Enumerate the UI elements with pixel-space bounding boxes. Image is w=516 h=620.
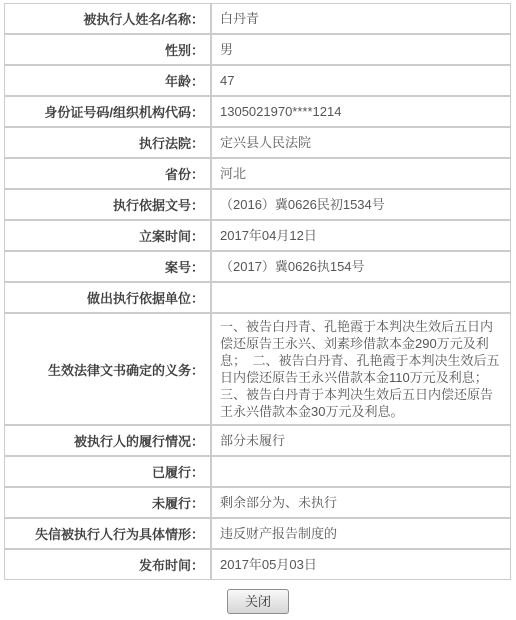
row-performance-status: 被执行人的履行情况： 部分未履行	[4, 425, 511, 456]
row-dishonest-conduct-value: 违反财产报告制度的	[211, 518, 511, 549]
row-court-value: 定兴县人民法院	[211, 127, 511, 158]
row-performed: 已履行：	[4, 456, 511, 487]
row-case-number-label: 案号：	[4, 251, 211, 282]
executee-detail-table: 被执行人姓名/名称： 白丹青 性别： 男 年龄： 47 身份证号码/组织机构代码…	[4, 3, 511, 580]
button-bar: 关闭	[0, 589, 516, 614]
row-id-number-value: 1305021970****1214	[211, 96, 511, 127]
row-performance-status-label: 被执行人的履行情况：	[4, 425, 211, 456]
row-filing-date-value: 2017年04月12日	[211, 220, 511, 251]
row-publish-date: 发布时间： 2017年05月03日	[4, 549, 511, 580]
row-court-label: 执行法院：	[4, 127, 211, 158]
row-unperformed-value: 剩余部分为、未执行	[211, 487, 511, 518]
row-basis-unit-value	[211, 282, 511, 313]
row-gender: 性别： 男	[4, 34, 511, 65]
row-publish-date-label: 发布时间：	[4, 549, 211, 580]
row-unperformed-label: 未履行：	[4, 487, 211, 518]
row-dishonest-conduct: 失信被执行人行为具体情形： 违反财产报告制度的	[4, 518, 511, 549]
close-button[interactable]: 关闭	[227, 589, 289, 614]
row-province: 省份： 河北	[4, 158, 511, 189]
row-basis-doc-number-value: （2016）冀0626民初1534号	[211, 189, 511, 220]
row-dishonest-conduct-label: 失信被执行人行为具体情形：	[4, 518, 211, 549]
row-province-label: 省份：	[4, 158, 211, 189]
row-unperformed: 未履行： 剩余部分为、未执行	[4, 487, 511, 518]
row-id-number: 身份证号码/组织机构代码： 1305021970****1214	[4, 96, 511, 127]
row-gender-value: 男	[211, 34, 511, 65]
row-case-number-value: （2017）冀0626执154号	[211, 251, 511, 282]
row-age-value: 47	[211, 65, 511, 96]
row-publish-date-value: 2017年05月03日	[211, 549, 511, 580]
row-filing-date-label: 立案时间：	[4, 220, 211, 251]
row-age: 年龄： 47	[4, 65, 511, 96]
row-executee-name: 被执行人姓名/名称： 白丹青	[4, 3, 511, 34]
row-obligation-label: 生效法律文书确定的义务：	[4, 313, 211, 425]
row-basis-doc-number: 执行依据文号： （2016）冀0626民初1534号	[4, 189, 511, 220]
row-executee-name-value: 白丹青	[211, 3, 511, 34]
row-basis-unit: 做出执行依据单位：	[4, 282, 511, 313]
row-basis-unit-label: 做出执行依据单位：	[4, 282, 211, 313]
row-gender-label: 性别：	[4, 34, 211, 65]
row-performance-status-value: 部分未履行	[211, 425, 511, 456]
row-province-value: 河北	[211, 158, 511, 189]
row-executee-name-label: 被执行人姓名/名称：	[4, 3, 211, 34]
row-case-number: 案号： （2017）冀0626执154号	[4, 251, 511, 282]
row-basis-doc-number-label: 执行依据文号：	[4, 189, 211, 220]
row-filing-date: 立案时间： 2017年04月12日	[4, 220, 511, 251]
row-id-number-label: 身份证号码/组织机构代码：	[4, 96, 211, 127]
row-performed-label: 已履行：	[4, 456, 211, 487]
row-age-label: 年龄：	[4, 65, 211, 96]
row-court: 执行法院： 定兴县人民法院	[4, 127, 511, 158]
row-obligation: 生效法律文书确定的义务： 一、被告白丹青、孔艳霞于本判决生效后五日内偿还原告王永…	[4, 313, 511, 425]
row-obligation-value: 一、被告白丹青、孔艳霞于本判决生效后五日内偿还原告王永兴、刘素珍借款本金290万…	[211, 313, 511, 425]
row-performed-value	[211, 456, 511, 487]
